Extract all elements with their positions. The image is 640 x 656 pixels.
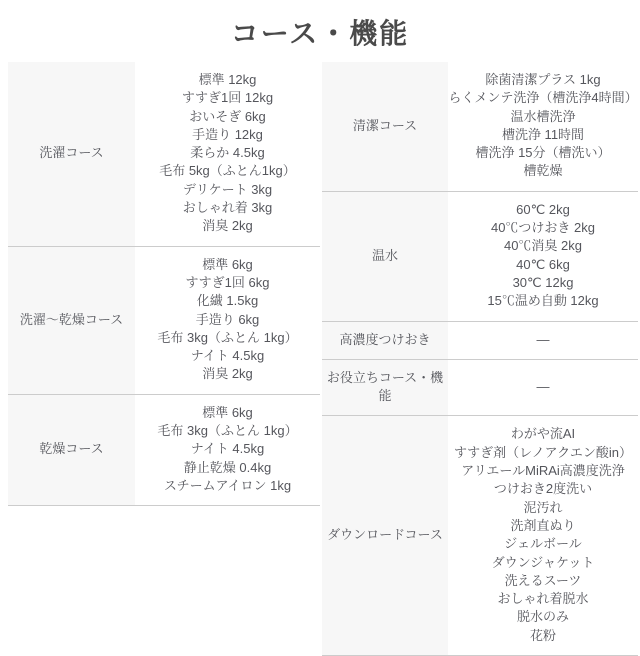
table-row: 洗濯コース標準 12kgすすぎ1回 12kgおいそぎ 6kg手造り 12kg柔ら… bbox=[8, 62, 320, 246]
value-line: ジェルボール bbox=[448, 535, 638, 553]
course-table-left: 洗濯コース標準 12kgすすぎ1回 12kgおいそぎ 6kg手造り 12kg柔ら… bbox=[8, 62, 320, 506]
value-line: 毛布 5kg（ふとん1kg） bbox=[135, 162, 320, 180]
table-row: 清潔コース除菌清潔プラス 1kgらくメンテ洗浄（槽洗浄4時間）温水槽洗浄槽洗浄 … bbox=[322, 62, 638, 191]
row-header: 洗濯コース bbox=[8, 62, 135, 246]
value-line: 40℃ 6kg bbox=[448, 256, 638, 274]
row-header: 乾燥コース bbox=[8, 394, 135, 505]
value-line: 槽洗浄 15分（槽洗い） bbox=[448, 144, 638, 162]
value-line: 柔らか 4.5kg bbox=[135, 144, 320, 162]
course-table-right: 清潔コース除菌清潔プラス 1kgらくメンテ洗浄（槽洗浄4時間）温水槽洗浄槽洗浄 … bbox=[322, 62, 638, 656]
value-line: 温水槽洗浄 bbox=[448, 108, 638, 126]
table-row: 温水60℃ 2kg40℃つけおき 2kg40℃消臭 2kg40℃ 6kg30℃ … bbox=[322, 191, 638, 321]
value-line: おいそぎ 6kg bbox=[135, 108, 320, 126]
value-line: 泥汚れ bbox=[448, 499, 638, 517]
table-row: ダウンロードコースわがや流AIすすぎ剤（レノアクエン酸in）アリエールMiRAi… bbox=[322, 416, 638, 656]
value-line: 消臭 2kg bbox=[135, 365, 320, 383]
value-line: ダウンジャケット bbox=[448, 554, 638, 572]
value-line: 洗えるスーツ bbox=[448, 572, 638, 590]
value-line: 毛布 3kg（ふとん 1kg） bbox=[135, 422, 320, 440]
value-line: 静止乾燥 0.4kg bbox=[135, 459, 320, 477]
value-line: — bbox=[448, 331, 638, 349]
value-line: すすぎ1回 6kg bbox=[135, 274, 320, 292]
table-row: お役立ちコース・機能— bbox=[322, 359, 638, 416]
row-header: ダウンロードコース bbox=[322, 416, 448, 656]
table-row: 洗濯〜乾燥コース標準 6kgすすぎ1回 6kg化繊 1.5kg手造り 6kg毛布… bbox=[8, 246, 320, 394]
value-line: おしゃれ着脱水 bbox=[448, 590, 638, 608]
value-line: 花粉 bbox=[448, 627, 638, 645]
value-line: 毛布 3kg（ふとん 1kg） bbox=[135, 329, 320, 347]
row-header: 洗濯〜乾燥コース bbox=[8, 246, 135, 394]
table-row: 高濃度つけおき— bbox=[322, 321, 638, 359]
value-line: 除菌清潔プラス 1kg bbox=[448, 71, 638, 89]
row-header: お役立ちコース・機能 bbox=[322, 359, 448, 416]
value-line: おしゃれ着 3kg bbox=[135, 199, 320, 217]
value-line: すすぎ剤（レノアクエン酸in） bbox=[448, 444, 638, 462]
value-line: 標準 6kg bbox=[135, 256, 320, 274]
value-line: つけおき2度洗い bbox=[448, 480, 638, 498]
row-values: 除菌清潔プラス 1kgらくメンテ洗浄（槽洗浄4時間）温水槽洗浄槽洗浄 11時間槽… bbox=[448, 62, 638, 191]
value-line: 15℃温め自動 12kg bbox=[448, 292, 638, 310]
value-line: 消臭 2kg bbox=[135, 217, 320, 235]
value-line: 標準 6kg bbox=[135, 404, 320, 422]
row-values: 標準 12kgすすぎ1回 12kgおいそぎ 6kg手造り 12kg柔らか 4.5… bbox=[135, 62, 320, 246]
row-values: — bbox=[448, 321, 638, 359]
value-line: 洗剤直ぬり bbox=[448, 517, 638, 535]
row-values: 標準 6kgすすぎ1回 6kg化繊 1.5kg手造り 6kg毛布 3kg（ふとん… bbox=[135, 246, 320, 394]
value-line: 手造り 12kg bbox=[135, 126, 320, 144]
value-line: 化繊 1.5kg bbox=[135, 292, 320, 310]
tables-container: 洗濯コース標準 12kgすすぎ1回 12kgおいそぎ 6kg手造り 12kg柔ら… bbox=[0, 62, 640, 656]
value-line: 槽洗浄 11時間 bbox=[448, 126, 638, 144]
value-line: 60℃ 2kg bbox=[448, 201, 638, 219]
value-line: 槽乾燥 bbox=[448, 162, 638, 180]
value-line: わがや流AI bbox=[448, 425, 638, 443]
value-line: 40℃つけおき 2kg bbox=[448, 219, 638, 237]
value-line: ナイト 4.5kg bbox=[135, 347, 320, 365]
value-line: 30℃ 12kg bbox=[448, 274, 638, 292]
row-values: 60℃ 2kg40℃つけおき 2kg40℃消臭 2kg40℃ 6kg30℃ 12… bbox=[448, 191, 638, 321]
row-header: 温水 bbox=[322, 191, 448, 321]
row-values: 標準 6kg毛布 3kg（ふとん 1kg）ナイト 4.5kg静止乾燥 0.4kg… bbox=[135, 394, 320, 505]
row-header: 高濃度つけおき bbox=[322, 321, 448, 359]
row-header: 清潔コース bbox=[322, 62, 448, 191]
value-line: スチームアイロン 1kg bbox=[135, 477, 320, 495]
value-line: 手造り 6kg bbox=[135, 311, 320, 329]
value-line: らくメンテ洗浄（槽洗浄4時間） bbox=[448, 89, 638, 107]
row-values: わがや流AIすすぎ剤（レノアクエン酸in）アリエールMiRAi高濃度洗浄つけおき… bbox=[448, 416, 638, 656]
value-line: — bbox=[448, 378, 638, 396]
value-line: 40℃消臭 2kg bbox=[448, 237, 638, 255]
value-line: すすぎ1回 12kg bbox=[135, 89, 320, 107]
row-values: — bbox=[448, 359, 638, 416]
value-line: ナイト 4.5kg bbox=[135, 440, 320, 458]
value-line: 標準 12kg bbox=[135, 71, 320, 89]
page-title: コース・機能 bbox=[0, 12, 640, 52]
value-line: アリエールMiRAi高濃度洗浄 bbox=[448, 462, 638, 480]
value-line: デリケート 3kg bbox=[135, 181, 320, 199]
value-line: 脱水のみ bbox=[448, 608, 638, 626]
table-row: 乾燥コース標準 6kg毛布 3kg（ふとん 1kg）ナイト 4.5kg静止乾燥 … bbox=[8, 394, 320, 505]
